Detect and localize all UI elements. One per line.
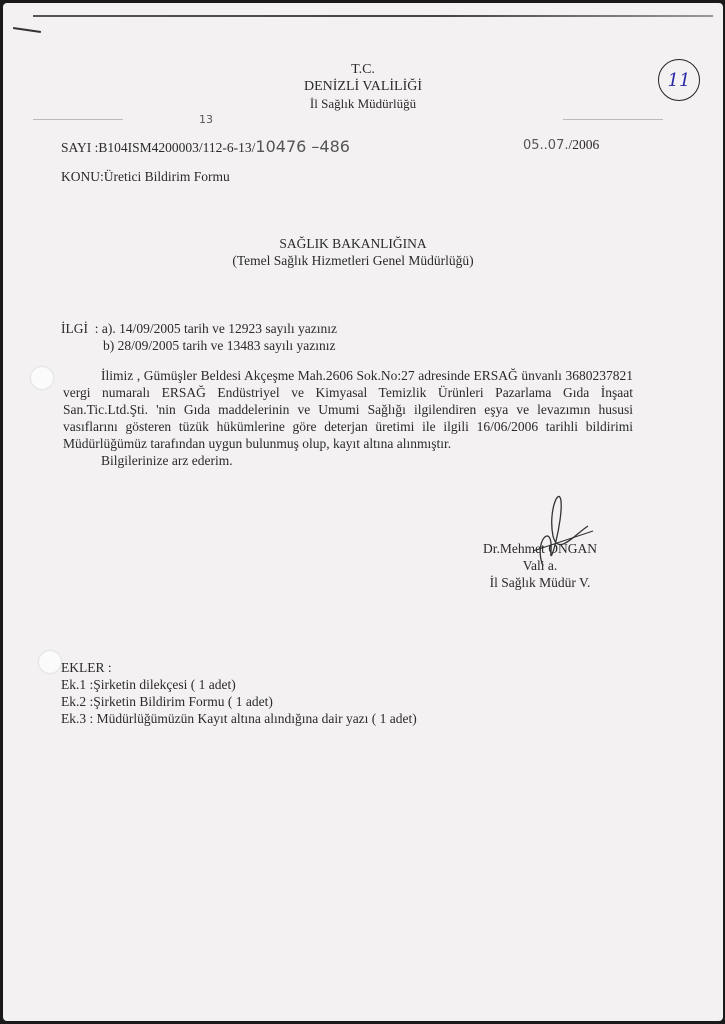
letterhead-governorship: DENİZLİ VALİLİĞİ <box>3 78 723 95</box>
punch-hole <box>31 367 53 389</box>
scan-mark <box>13 27 41 33</box>
letterhead-directorate: İl Sağlık Müdürlüğü <box>3 95 723 112</box>
punch-hole <box>39 651 61 673</box>
signature-block: Dr.Mehmet ONGAN Vali a. İl Sağlık Müdür … <box>483 540 597 591</box>
divider <box>33 119 123 120</box>
attachment-item: Ek.3 : Müdürlüğümüzün Kayıt altına alınd… <box>61 710 417 727</box>
handwritten-note: 13 <box>199 113 213 126</box>
recipient: SAĞLIK BAKANLIĞINA (Temel Sağlık Hizmetl… <box>3 235 703 269</box>
document-page: T.C. DENİZLİ VALİLİĞİ İl Sağlık Müdürlüğ… <box>3 3 723 1021</box>
recipient-department: (Temel Sağlık Hizmetleri Genel Müdürlüğü… <box>3 252 703 269</box>
letter-body: İlimiz , Gümüşler Beldesi Akçeşme Mah.26… <box>63 367 633 469</box>
closing-line: Bilgilerinize arz ederim. <box>63 452 633 469</box>
letterhead-country: T.C. <box>3 61 723 78</box>
sayi-printed: :B104ISM4200003/112-6-13/ <box>95 140 256 155</box>
page-number: 11 <box>668 70 691 91</box>
reference-number: SAYI :B104ISM4200003/112-6-13/10476 –486 <box>61 137 350 156</box>
signatory-role: Vali a. <box>483 557 597 574</box>
ilgi-label: İLGİ <box>61 321 88 336</box>
signatory-title: İl Sağlık Müdür V. <box>483 574 597 591</box>
ilgi-b: b) 28/09/2005 tarih ve 13483 sayılı yazı… <box>103 338 335 354</box>
attachments-title: EKLER : <box>61 659 417 676</box>
recipient-ministry: SAĞLIK BAKANLIĞINA <box>3 235 703 252</box>
ilgi-a: İLGİ : a). 14/09/2005 tarih ve 12923 say… <box>61 321 337 337</box>
sayi-handwritten: 10476 –486 <box>255 137 350 156</box>
signatory-name: Dr.Mehmet ONGAN <box>483 540 597 557</box>
letterhead: T.C. DENİZLİ VALİLİĞİ İl Sağlık Müdürlüğ… <box>3 61 723 112</box>
page-number-stamp: 11 <box>658 59 700 101</box>
ilgi-a-text: : a). 14/09/2005 tarih ve 12923 sayılı y… <box>95 321 337 336</box>
document-date: 05..07./2006 <box>523 137 599 153</box>
date-printed: /2006 <box>568 137 599 152</box>
date-handwritten: 05..07. <box>523 138 568 153</box>
attachments: EKLER : Ek.1 :Şirketin dilekçesi ( 1 ade… <box>61 659 417 727</box>
body-paragraph: İlimiz , Gümüşler Beldesi Akçeşme Mah.26… <box>63 367 633 452</box>
subject: KONU:Üretici Bildirim Formu <box>61 169 230 185</box>
divider <box>563 119 663 120</box>
scan-edge-line <box>33 15 713 17</box>
attachment-item: Ek.2 :Şirketin Bildirim Formu ( 1 adet) <box>61 693 417 710</box>
sayi-label: SAYI <box>61 140 91 155</box>
attachment-item: Ek.1 :Şirketin dilekçesi ( 1 adet) <box>61 676 417 693</box>
